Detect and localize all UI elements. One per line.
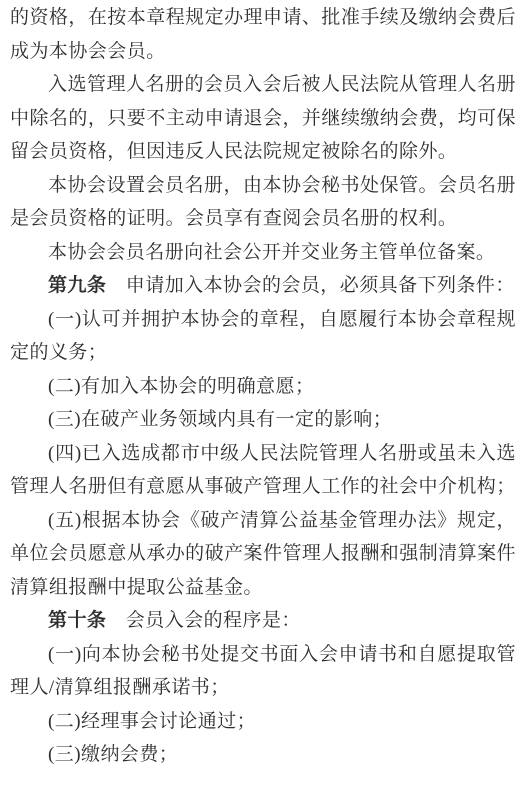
document-page: 的资格，在按本章程规定办理申请、批准手续及缴纳会费后成为本协会会员。 入选管理人… xyxy=(0,0,526,806)
paragraph-item-1: (一)向本协会秘书处提交书面入会申请书和自愿提取管理人/清算组报酬承诺书； xyxy=(10,638,516,705)
paragraph-article-10: 第十条 会员入会的程序是： xyxy=(10,604,516,638)
article-number: 第十条 xyxy=(48,610,106,631)
paragraph-item-3: (三)缴纳会费； xyxy=(10,738,516,772)
paragraph-item-4: (四)已入选成都市中级人民法院管理人名册或虽未入选管理人名册但有意愿从事破产管理… xyxy=(10,437,516,504)
paragraph-item-5: (五)根据本协会《破产清算公益基金管理办法》规定，单位会员愿意从承办的破产案件管… xyxy=(10,504,516,605)
paragraph-item-1: (一)认可并拥护本协会的章程，自愿履行本协会章程规定的义务； xyxy=(10,303,516,370)
paragraph-item-2: (二)经理事会讨论通过； xyxy=(10,705,516,739)
paragraph-item-2: (二)有加入本协会的明确意愿； xyxy=(10,370,516,404)
paragraph-article-9: 第九条 申请加入本协会的会员，必须具备下列条件： xyxy=(10,269,516,303)
paragraph-item-3: (三)在破产业务领域内具有一定的影响； xyxy=(10,403,516,437)
article-number: 第九条 xyxy=(48,275,106,296)
paragraph: 本协会设置会员名册，由本协会秘书处保管。会员名册是会员资格的证明。会员享有查阅会… xyxy=(10,169,516,236)
paragraph: 本协会会员名册向社会公开并交业务主管单位备案。 xyxy=(10,236,516,270)
paragraph: 入选管理人名册的会员入会后被人民法院从管理人名册中除名的，只要不主动申请退会，并… xyxy=(10,68,516,169)
paragraph-continuation: 的资格，在按本章程规定办理申请、批准手续及缴纳会费后成为本协会会员。 xyxy=(10,1,516,68)
article-text: 申请加入本协会的会员，必须具备下列条件： xyxy=(106,275,514,296)
article-text: 会员入会的程序是： xyxy=(106,610,301,631)
